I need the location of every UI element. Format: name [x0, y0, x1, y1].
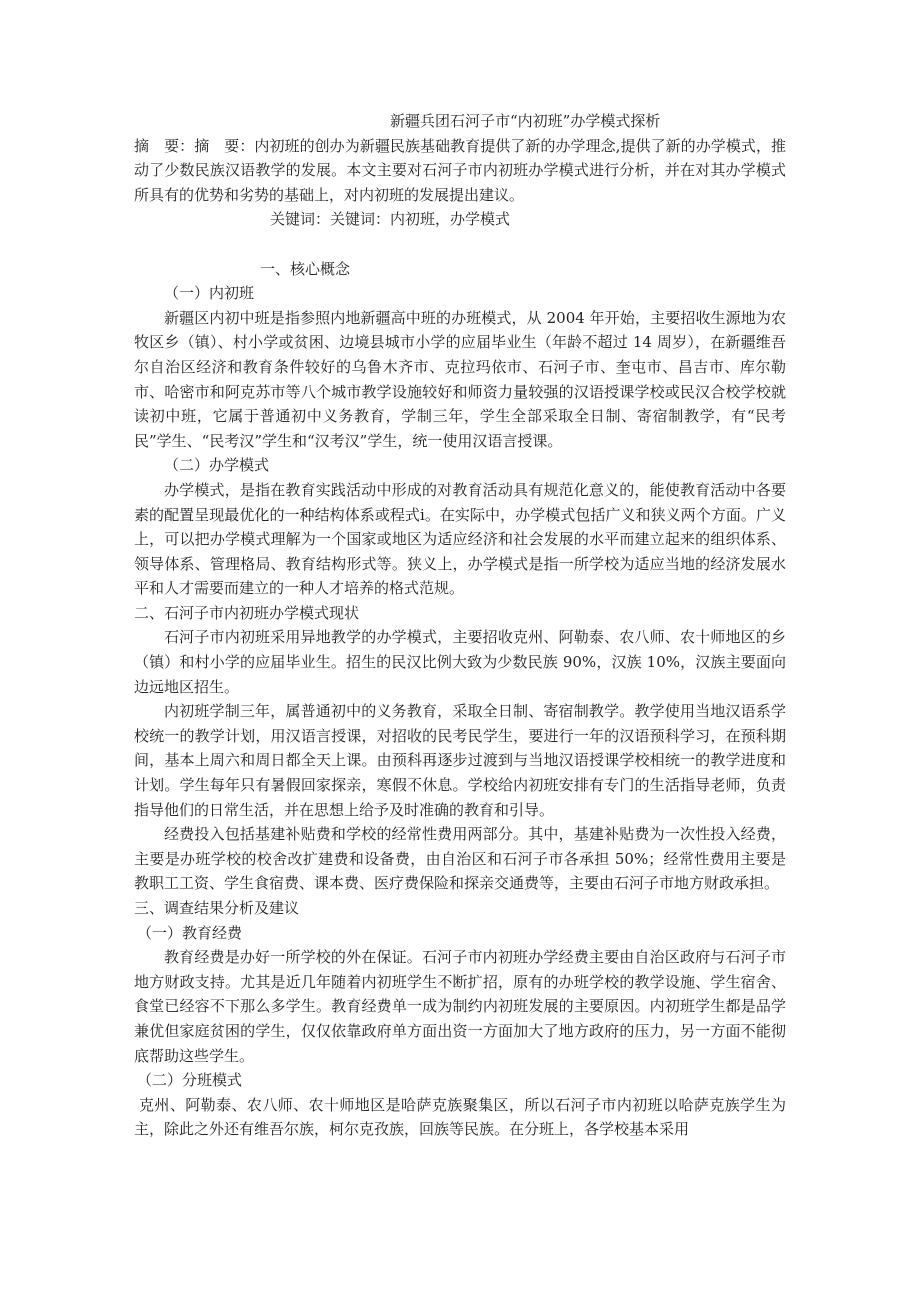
body-paragraph: 内初班学制三年，属普通初中的义务教育，采取全日制、寄宿制教学。教学使用当地汉语系… — [134, 699, 786, 822]
subsection-heading: （一）教育经费 — [134, 921, 786, 946]
body-paragraph: 经费投入包括基建补贴费和学校的经常性费用两部分。其中，基建补贴费为一次性投入经费… — [134, 822, 786, 896]
body-paragraph: 石河子市内初班采用异地教学的办学模式，主要招收克州、阿勒泰、农八师、农十师地区的… — [134, 625, 786, 699]
body-paragraph: 教育经费是办好一所学校的外在保证。石河子市内初班办学经费主要由自治区政府与石河子… — [134, 945, 786, 1068]
keywords-line: 关键词：关键词：内初班，办学模式 — [134, 207, 786, 232]
subsection-heading: （二）办学模式 — [134, 453, 786, 478]
section-heading: 一、核心概念 — [134, 257, 786, 282]
abstract-paragraph: 摘 要：摘 要：内初班的创办为新疆民族基础教育提供了新的办学理念,提供了新的办学… — [134, 134, 786, 208]
body-paragraph: 新疆区内初中班是指参照内地新疆高中班的办班模式，从 2004 年开始，主要招收生… — [134, 306, 786, 454]
body-paragraph: 办学模式，是指在教育实践活动中形成的对教育活动具有规范化意义的，能使教育活动中各… — [134, 478, 786, 601]
section-heading: 二、石河子市内初班办学模式现状 — [134, 601, 786, 626]
subsection-heading: （一）内初班 — [134, 281, 786, 306]
doc-title: 新疆兵团石河子市“内初班”办学模式探析 — [134, 109, 786, 134]
blank-line — [134, 232, 786, 257]
document-body: 新疆兵团石河子市“内初班”办学模式探析摘 要：摘 要：内初班的创办为新疆民族基础… — [134, 109, 786, 1142]
subsection-heading: （二）分班模式 — [134, 1068, 786, 1093]
section-heading: 三、调查结果分析及建议 — [134, 896, 786, 921]
document-page: 新疆兵团石河子市“内初班”办学模式探析摘 要：摘 要：内初班的创办为新疆民族基础… — [0, 0, 920, 1302]
body-paragraph: 克州、阿勒泰、农八师、农十师地区是哈萨克族聚集区，所以石河子市内初班以哈萨克族学… — [134, 1093, 786, 1142]
